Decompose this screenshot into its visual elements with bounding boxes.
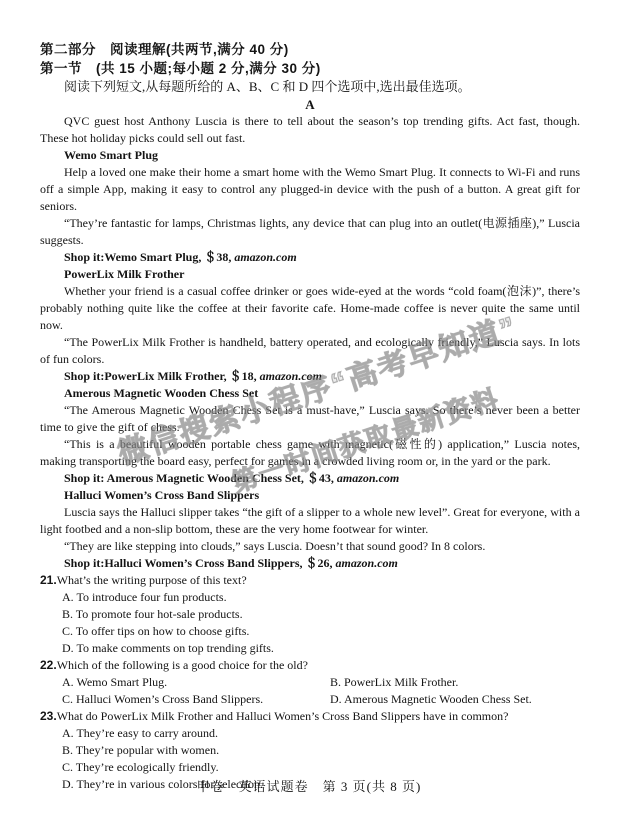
question-stem: 21.What’s the writing purpose of this te… [40,572,580,589]
intro-paragraph: QVC guest host Anthony Luscia is there t… [40,113,580,147]
part-heading: 第二部分 阅读理解(共两节,满分 40 分) [40,40,580,59]
option-22-a: A. Wemo Smart Plug. [40,674,308,691]
question-stem: 23.What do PowerLix Milk Frother and Hal… [40,708,580,725]
option-23-b: B. They’re popular with women. [40,742,580,759]
option-21-c: C. To offer tips on how to choose gifts. [40,623,580,640]
product-quote-paragraph: “They are like stepping into clouds,” sa… [40,538,580,555]
page-content: 第二部分 阅读理解(共两节,满分 40 分) 第一节 (共 15 小题;每小题 … [40,40,580,793]
product-quote-paragraph: “This is a beautiful wooden portable che… [40,436,580,470]
shop-site-link: amazon.com [234,250,296,264]
page-footer: 甲卷 英语试题卷 第 3 页(共 8 页) [0,776,618,795]
shop-line-frother: Shop it:PowerLix Milk Frother, ＄18, amaz… [40,368,580,385]
shop-label: Shop it: Amerous Magnetic Wooden Chess S… [64,471,337,485]
shop-site-link: amazon.com [260,369,322,383]
product-heading-frother: PowerLix Milk Frother [40,266,580,283]
option-22-d: D. Amerous Magnetic Wooden Chess Set. [308,691,580,708]
shop-label: Shop it:Halluci Women’s Cross Band Slipp… [64,556,336,570]
question-text: Which of the following is a good choice … [57,658,308,672]
shop-line-slippers: Shop it:Halluci Women’s Cross Band Slipp… [40,555,580,572]
option-22-b: B. PowerLix Milk Frother. [308,674,580,691]
option-23-a: A. They’re easy to carry around. [40,725,580,742]
option-23-c: C. They’re ecologically friendly. [40,759,580,776]
question-text: What’s the writing purpose of this text? [57,573,247,587]
product-paragraph: Help a loved one make their home a smart… [40,164,580,215]
product-quote-paragraph: “The PowerLix Milk Frother is handheld, … [40,334,580,368]
options-grid: A. Wemo Smart Plug. B. PowerLix Milk Fro… [40,674,580,708]
exam-page: 微信搜索小程序“高考早知道” 第一时间获取最新资料 第二部分 阅读理解(共两节,… [0,0,618,840]
option-21-a: A. To introduce four fun products. [40,589,580,606]
shop-line-wemo: Shop it:Wemo Smart Plug, ＄38, amazon.com [40,249,580,266]
question-22: 22.Which of the following is a good choi… [40,657,580,708]
question-number: 23. [40,709,57,723]
shop-label: Shop it:Wemo Smart Plug, ＄38, [64,250,234,264]
product-heading-slippers: Halluci Women’s Cross Band Slippers [40,487,580,504]
question-21: 21.What’s the writing purpose of this te… [40,572,580,657]
question-text: What do PowerLix Milk Frother and Halluc… [57,709,509,723]
shop-line-chess: Shop it: Amerous Magnetic Wooden Chess S… [40,470,580,487]
section-heading: 第一节 (共 15 小题;每小题 2 分,满分 30 分) [40,59,580,78]
option-22-c: C. Halluci Women’s Cross Band Slippers. [40,691,308,708]
product-paragraph: Luscia says the Halluci slipper takes “t… [40,504,580,538]
passage-label: A [40,96,580,113]
option-21-b: B. To promote four hot-sale products. [40,606,580,623]
shop-label: Shop it:PowerLix Milk Frother, ＄18, [64,369,260,383]
question-stem: 22.Which of the following is a good choi… [40,657,580,674]
shop-site-link: amazon.com [336,556,398,570]
question-number: 22. [40,658,57,672]
question-number: 21. [40,573,57,587]
option-21-d: D. To make comments on top trending gift… [40,640,580,657]
product-paragraph: “The Amerous Magnetic Wooden Chess Set i… [40,402,580,436]
product-heading-chess: Amerous Magnetic Wooden Chess Set [40,385,580,402]
product-quote-paragraph: “They’re fantastic for lamps, Christmas … [40,215,580,249]
product-heading-wemo: Wemo Smart Plug [40,147,580,164]
section-instruction: 阅读下列短文,从每题所给的 A、B、C 和 D 四个选项中,选出最佳选项。 [40,78,580,96]
product-paragraph: Whether your friend is a casual coffee d… [40,283,580,334]
shop-site-link: amazon.com [337,471,399,485]
